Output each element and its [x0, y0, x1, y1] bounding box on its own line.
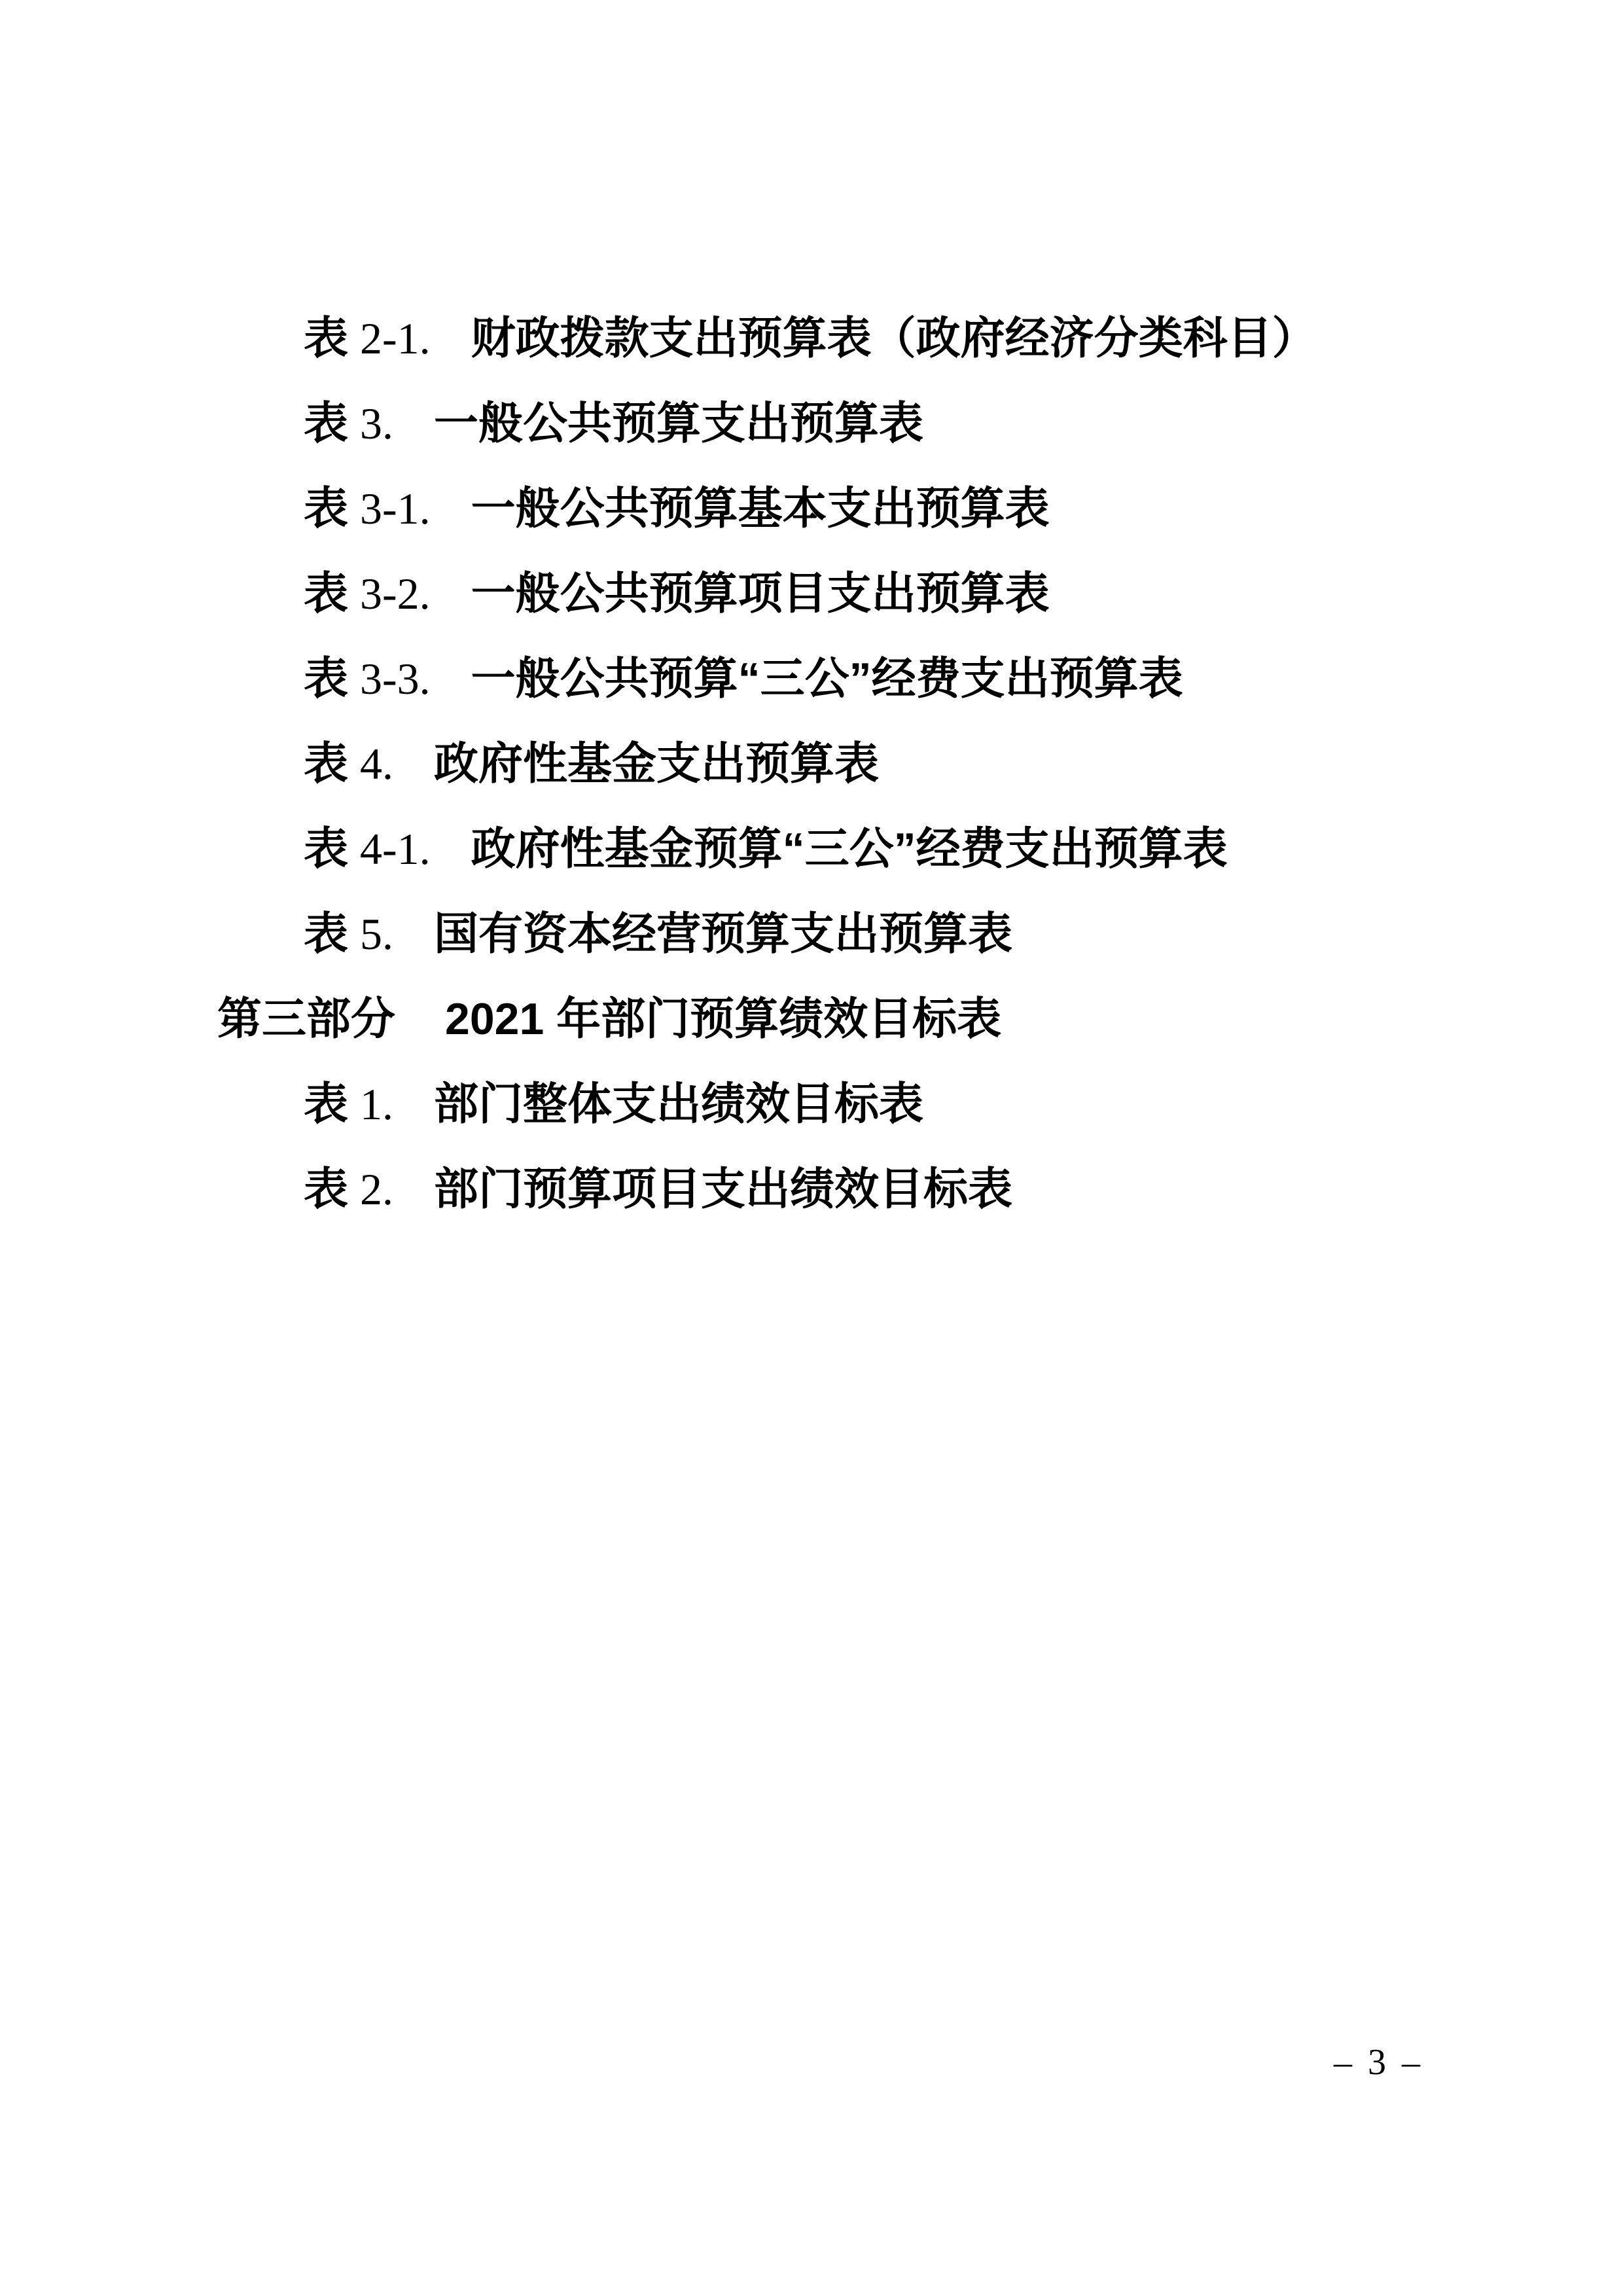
toc-entry-title: 一般公共预算“三公”经费支出预算表: [471, 654, 1183, 704]
toc-entry-title: 部门整体支出绩效目标表: [434, 1079, 923, 1129]
toc-entry-number: 4-1.: [360, 824, 431, 874]
toc-row: 表2.部门预算项目支出绩效目标表: [0, 1147, 1623, 1232]
toc-entry-label: 表: [304, 399, 348, 448]
toc-entry-title: 一般公共预算基本支出预算表: [471, 484, 1050, 533]
toc-row: 第三部分2021 年部门预算绩效目标表: [0, 977, 1623, 1062]
toc-entry-title: 2021 年部门预算绩效目标表: [445, 994, 1001, 1044]
toc-entry-label: 表: [304, 739, 348, 789]
toc-row: 表4-1.政府性基金预算“三公”经费支出预算表: [0, 806, 1623, 891]
toc-entry-title: 财政拨款支出预算表（政府经济分类科目）: [471, 314, 1317, 363]
toc-entry-title: 一般公共预算支出预算表: [434, 399, 923, 448]
toc-entry-number: 4.: [360, 739, 393, 789]
toc-entry-label: 表: [304, 1164, 348, 1214]
toc-entry-title: 部门预算项目支出绩效目标表: [434, 1164, 1012, 1214]
toc-entry-number: 3.: [360, 399, 393, 448]
toc-entry-label: 表: [304, 1079, 348, 1129]
toc-row: 表1.部门整体支出绩效目标表: [0, 1062, 1623, 1147]
toc-entry-number: 1.: [360, 1079, 393, 1129]
toc-entry-title: 政府性基金预算“三公”经费支出预算表: [471, 824, 1228, 874]
toc-list: 表2-1.财政拨款支出预算表（政府经济分类科目） 表3.一般公共预算支出预算表 …: [0, 296, 1623, 1232]
toc-row: 表4.政府性基金支出预算表: [0, 721, 1623, 806]
toc-entry-label: 表: [304, 654, 348, 704]
toc-entry-number: 3-1.: [360, 484, 431, 533]
toc-entry-label: 第三部分: [217, 994, 395, 1044]
toc-row: 表3.一般公共预算支出预算表: [0, 381, 1623, 466]
toc-entry-label: 表: [304, 314, 348, 363]
toc-row: 表3-1.一般公共预算基本支出预算表: [0, 466, 1623, 551]
toc-entry-title: 一般公共预算项目支出预算表: [471, 569, 1050, 619]
toc-entry-label: 表: [304, 569, 348, 619]
toc-entry-title: 政府性基金支出预算表: [434, 739, 879, 789]
page-number: – 3 –: [1334, 2041, 1420, 2084]
toc-entry-label: 表: [304, 484, 348, 533]
toc-row: 表3-3.一般公共预算“三公”经费支出预算表: [0, 636, 1623, 721]
toc-entry-number: 2.: [360, 1164, 393, 1214]
toc-entry-label: 表: [304, 909, 348, 959]
toc-row: 表5.国有资本经营预算支出预算表: [0, 891, 1623, 977]
document-page: 表2-1.财政拨款支出预算表（政府经济分类科目） 表3.一般公共预算支出预算表 …: [0, 0, 1623, 2296]
toc-entry-number: 3-2.: [360, 569, 431, 619]
toc-row: 表2-1.财政拨款支出预算表（政府经济分类科目）: [0, 296, 1623, 381]
toc-row: 表3-2.一般公共预算项目支出预算表: [0, 551, 1623, 636]
toc-entry-title: 国有资本经营预算支出预算表: [434, 909, 1012, 959]
toc-entry-number: 3-3.: [360, 654, 431, 704]
toc-entry-number: 5.: [360, 909, 393, 959]
toc-entry-label: 表: [304, 824, 348, 874]
toc-entry-number: 2-1.: [360, 314, 431, 363]
